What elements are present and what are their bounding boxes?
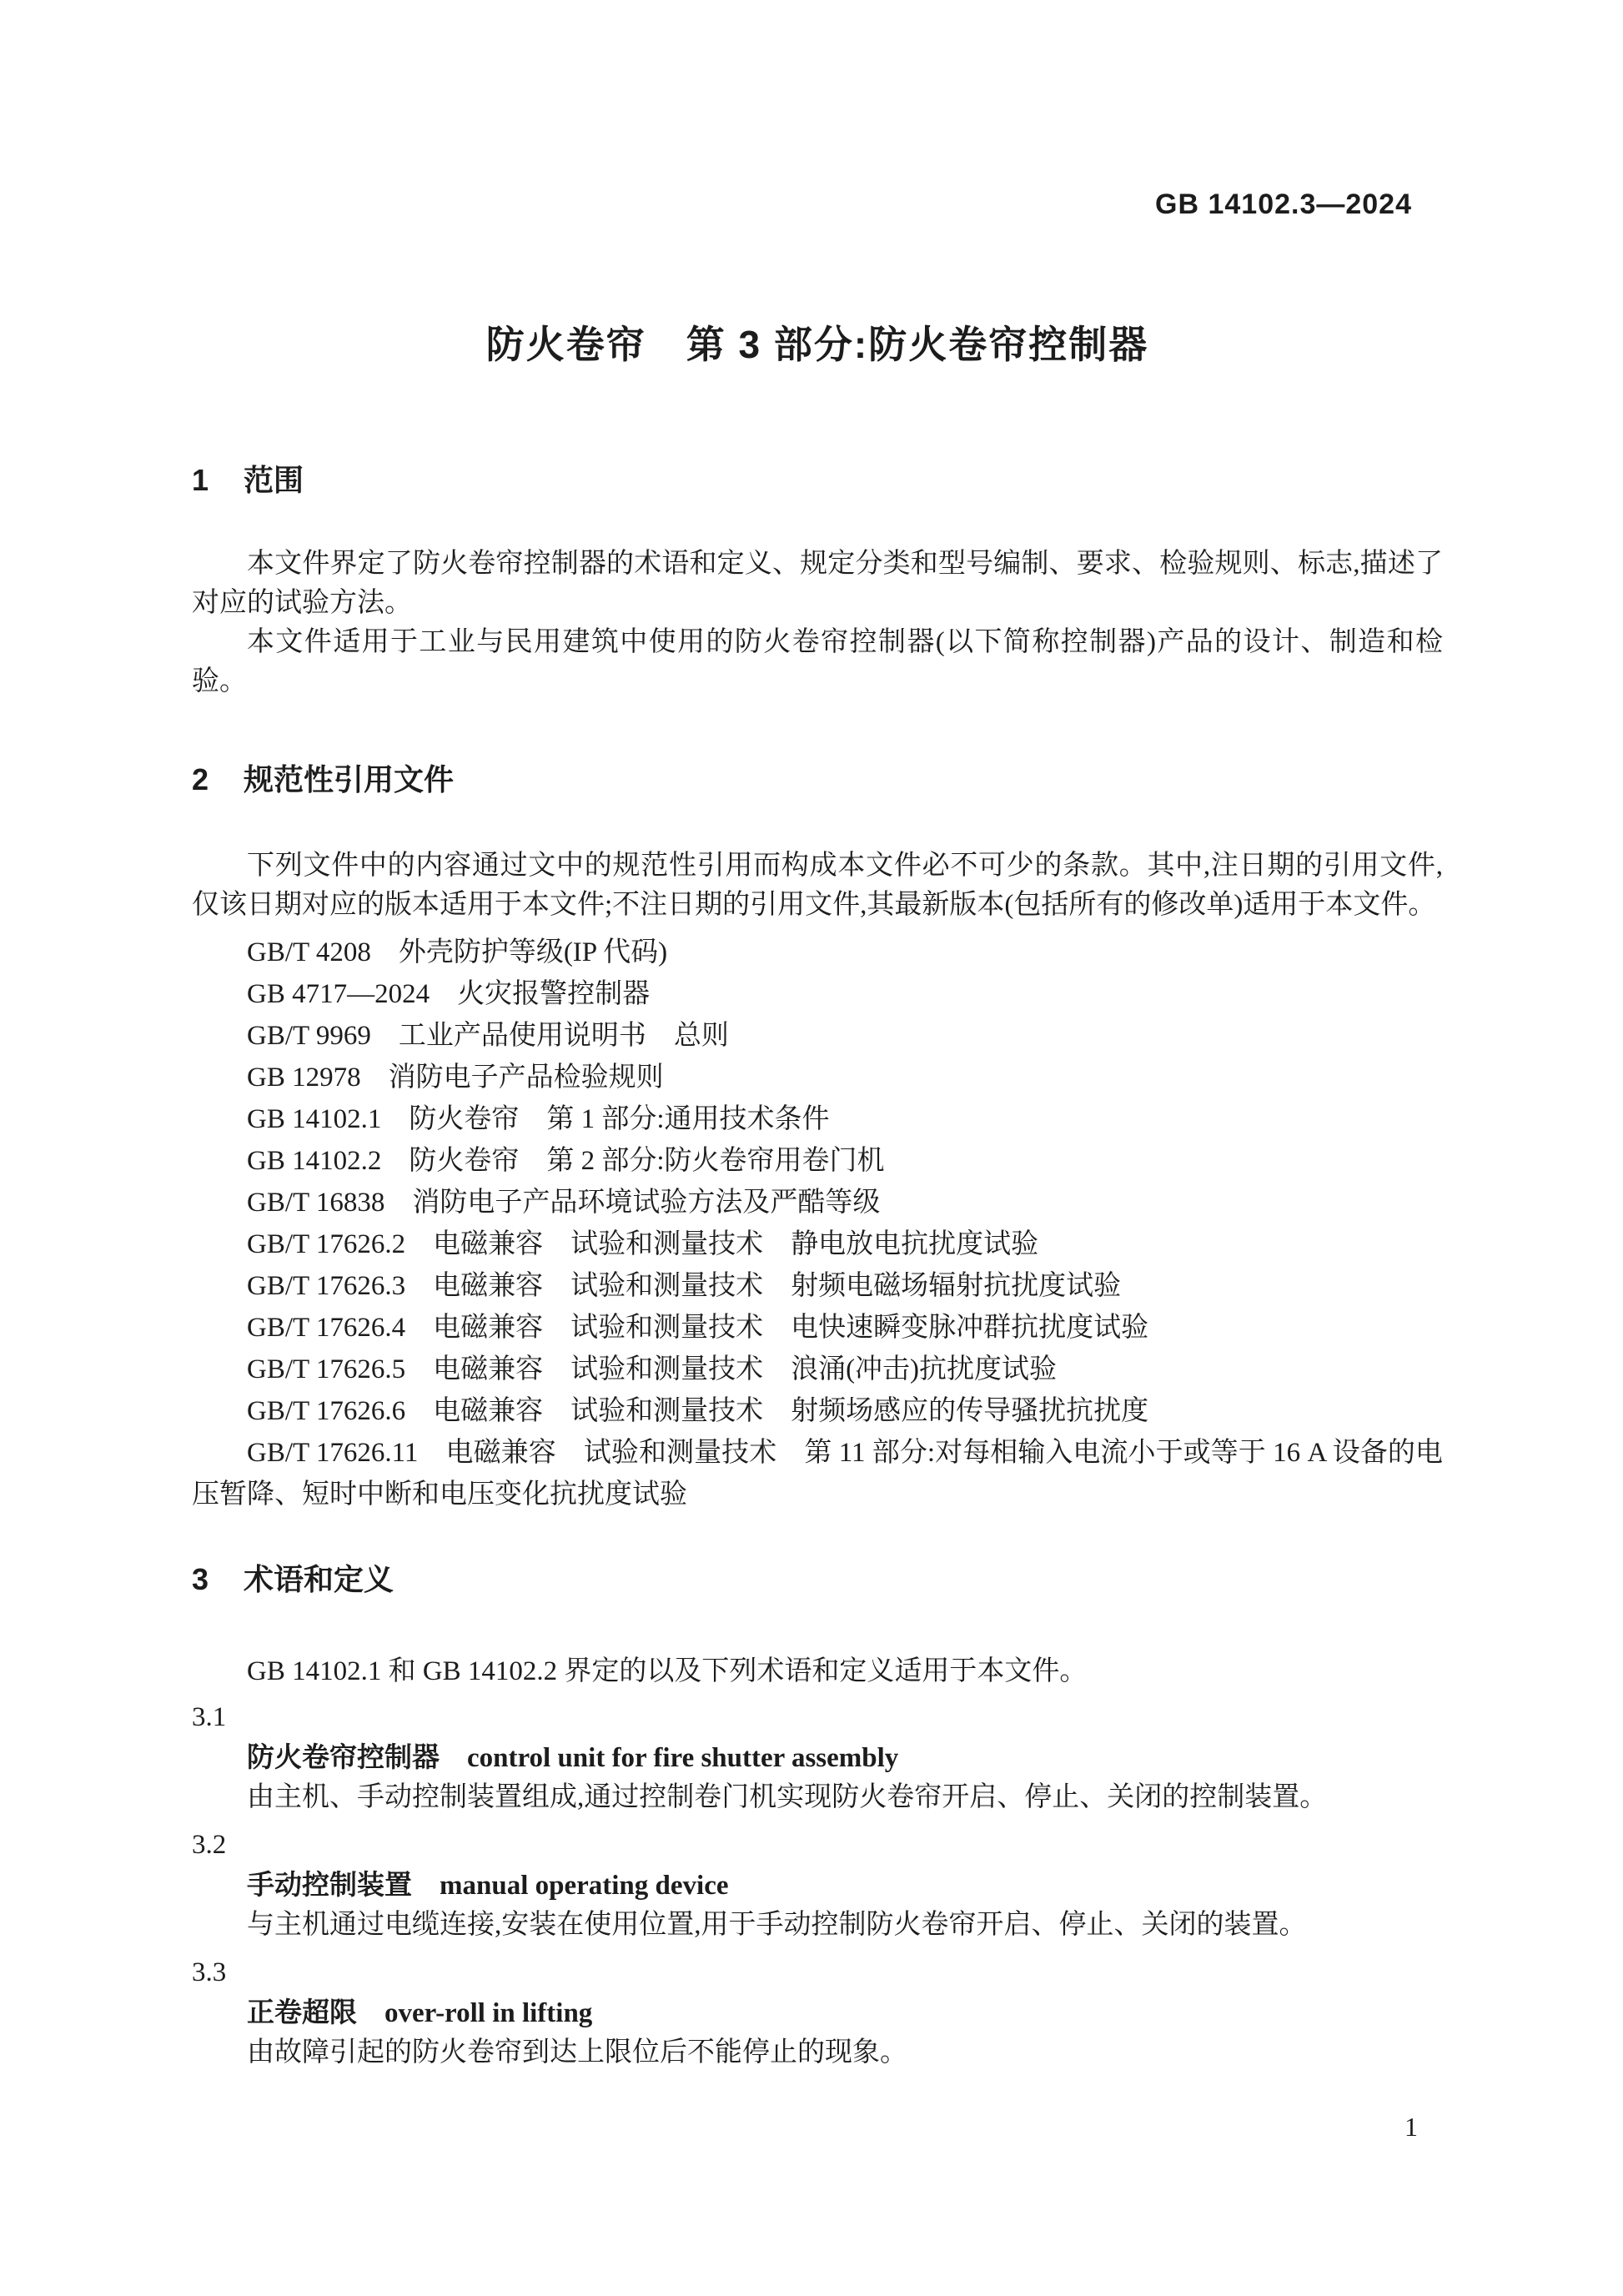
reference-item: GB/T 17626.3 电磁兼容 试验和测量技术 射频电磁场辐射抗扰度试验 bbox=[192, 1265, 1443, 1307]
term-entry: 3.1 防火卷帘控制器control unit for fire shutter… bbox=[192, 1698, 1443, 1817]
document-title: 防火卷帘 第 3 部分:防火卷帘控制器 bbox=[192, 321, 1443, 368]
term-entry: 3.3 正卷超限over-roll in lifting 由故障引起的防火卷帘到… bbox=[192, 1953, 1443, 2072]
reference-item: GB/T 9969 工业产品使用说明书 总则 bbox=[192, 1015, 1443, 1057]
term-english: manual operating device bbox=[440, 1871, 728, 1901]
reference-item: GB 14102.1 防火卷帘 第 1 部分:通用技术条件 bbox=[192, 1098, 1443, 1140]
section-heading-scope: 1范围 bbox=[192, 462, 1443, 499]
reference-item: GB/T 17626.6 电磁兼容 试验和测量技术 射频场感应的传导骚扰抗扰度 bbox=[192, 1390, 1443, 1432]
paragraph: 下列文件中的内容通过文中的规范性引用而构成本文件必不可少的条款。其中,注日期的引… bbox=[192, 847, 1443, 925]
reference-item: GB/T 17626.5 电磁兼容 试验和测量技术 浪涌(冲击)抗扰度试验 bbox=[192, 1349, 1443, 1390]
section-heading-terms: 3术语和定义 bbox=[192, 1561, 1443, 1598]
section-number: 1 bbox=[192, 462, 244, 499]
reference-item: GB 14102.2 防火卷帘 第 2 部分:防火卷帘用卷门机 bbox=[192, 1140, 1443, 1182]
term-definition: 由故障引起的防火卷帘到达上限位后不能停止的现象。 bbox=[192, 2033, 1443, 2072]
term-chinese: 防火卷帘控制器 bbox=[247, 1741, 440, 1772]
section-title: 范围 bbox=[244, 463, 304, 497]
terms-list: 3.1 防火卷帘控制器control unit for fire shutter… bbox=[192, 1698, 1443, 2072]
term-chinese: 正卷超限 bbox=[247, 1997, 357, 2027]
section-scope: 1范围 本文件界定了防火卷帘控制器的术语和定义、规定分类和型号编制、要求、检验规… bbox=[192, 462, 1443, 701]
term-definition: 由主机、手动控制装置组成,通过控制卷门机实现防火卷帘开启、停止、关闭的控制装置。 bbox=[192, 1778, 1443, 1817]
reference-item: GB/T 4208 外壳防护等级(IP 代码) bbox=[192, 932, 1443, 973]
term-definition: 与主机通过电缆连接,安装在使用位置,用于手动控制防火卷帘开启、停止、关闭的装置。 bbox=[192, 1906, 1443, 1945]
section-number: 3 bbox=[192, 1561, 244, 1598]
term-line: 手动控制装置manual operating device bbox=[192, 1865, 1443, 1906]
section-terms-definitions: 3术语和定义 GB 14102.1 和 GB 14102.2 界定的以及下列术语… bbox=[192, 1561, 1443, 2072]
term-chinese: 手动控制装置 bbox=[247, 1869, 412, 1900]
term-id: 3.1 bbox=[192, 1698, 1443, 1737]
term-english: over-roll in lifting bbox=[384, 1998, 592, 2028]
paragraph: 本文件适用于工业与民用建筑中使用的防火卷帘控制器(以下简称控制器)产品的设计、制… bbox=[192, 623, 1443, 701]
term-line: 防火卷帘控制器control unit for fire shutter ass… bbox=[192, 1737, 1443, 1778]
term-id: 3.2 bbox=[192, 1826, 1443, 1865]
reference-item: GB 4717—2024 火灾报警控制器 bbox=[192, 973, 1443, 1015]
term-line: 正卷超限over-roll in lifting bbox=[192, 1992, 1443, 2033]
paragraph: 本文件界定了防火卷帘控制器的术语和定义、规定分类和型号编制、要求、检验规则、标志… bbox=[192, 545, 1443, 623]
term-id: 3.3 bbox=[192, 1953, 1443, 1992]
reference-item: GB/T 17626.11 电磁兼容 试验和测量技术 第 11 部分:对每相输入… bbox=[192, 1432, 1443, 1515]
page-number: 1 bbox=[1404, 2112, 1418, 2143]
term-english: control unit for fire shutter assembly bbox=[467, 1743, 898, 1773]
page-content: 防火卷帘 第 3 部分:防火卷帘控制器 1范围 本文件界定了防火卷帘控制器的术语… bbox=[0, 0, 1623, 2072]
terms-intro: GB 14102.1 和 GB 14102.2 界定的以及下列术语和定义适用于本… bbox=[192, 1652, 1443, 1691]
section-heading-normative-references: 2规范性引用文件 bbox=[192, 761, 1443, 798]
reference-item: GB/T 17626.2 电磁兼容 试验和测量技术 静电放电抗扰度试验 bbox=[192, 1223, 1443, 1265]
section-normative-references: 2规范性引用文件 下列文件中的内容通过文中的规范性引用而构成本文件必不可少的条款… bbox=[192, 761, 1443, 1515]
reference-item: GB 12978 消防电子产品检验规则 bbox=[192, 1057, 1443, 1098]
reference-item: GB/T 16838 消防电子产品环境试验方法及严酷等级 bbox=[192, 1182, 1443, 1223]
section-title: 规范性引用文件 bbox=[244, 762, 454, 796]
section-title: 术语和定义 bbox=[244, 1562, 394, 1596]
term-entry: 3.2 手动控制装置manual operating device 与主机通过电… bbox=[192, 1826, 1443, 1945]
standard-code: GB 14102.3—2024 bbox=[1155, 188, 1412, 221]
reference-list: GB/T 4208 外壳防护等级(IP 代码) GB 4717—2024 火灾报… bbox=[192, 932, 1443, 1515]
document-page: GB 14102.3—2024 防火卷帘 第 3 部分:防火卷帘控制器 1范围 … bbox=[0, 0, 1623, 2296]
section-number: 2 bbox=[192, 761, 244, 798]
reference-item: GB/T 17626.4 电磁兼容 试验和测量技术 电快速瞬变脉冲群抗扰度试验 bbox=[192, 1307, 1443, 1349]
